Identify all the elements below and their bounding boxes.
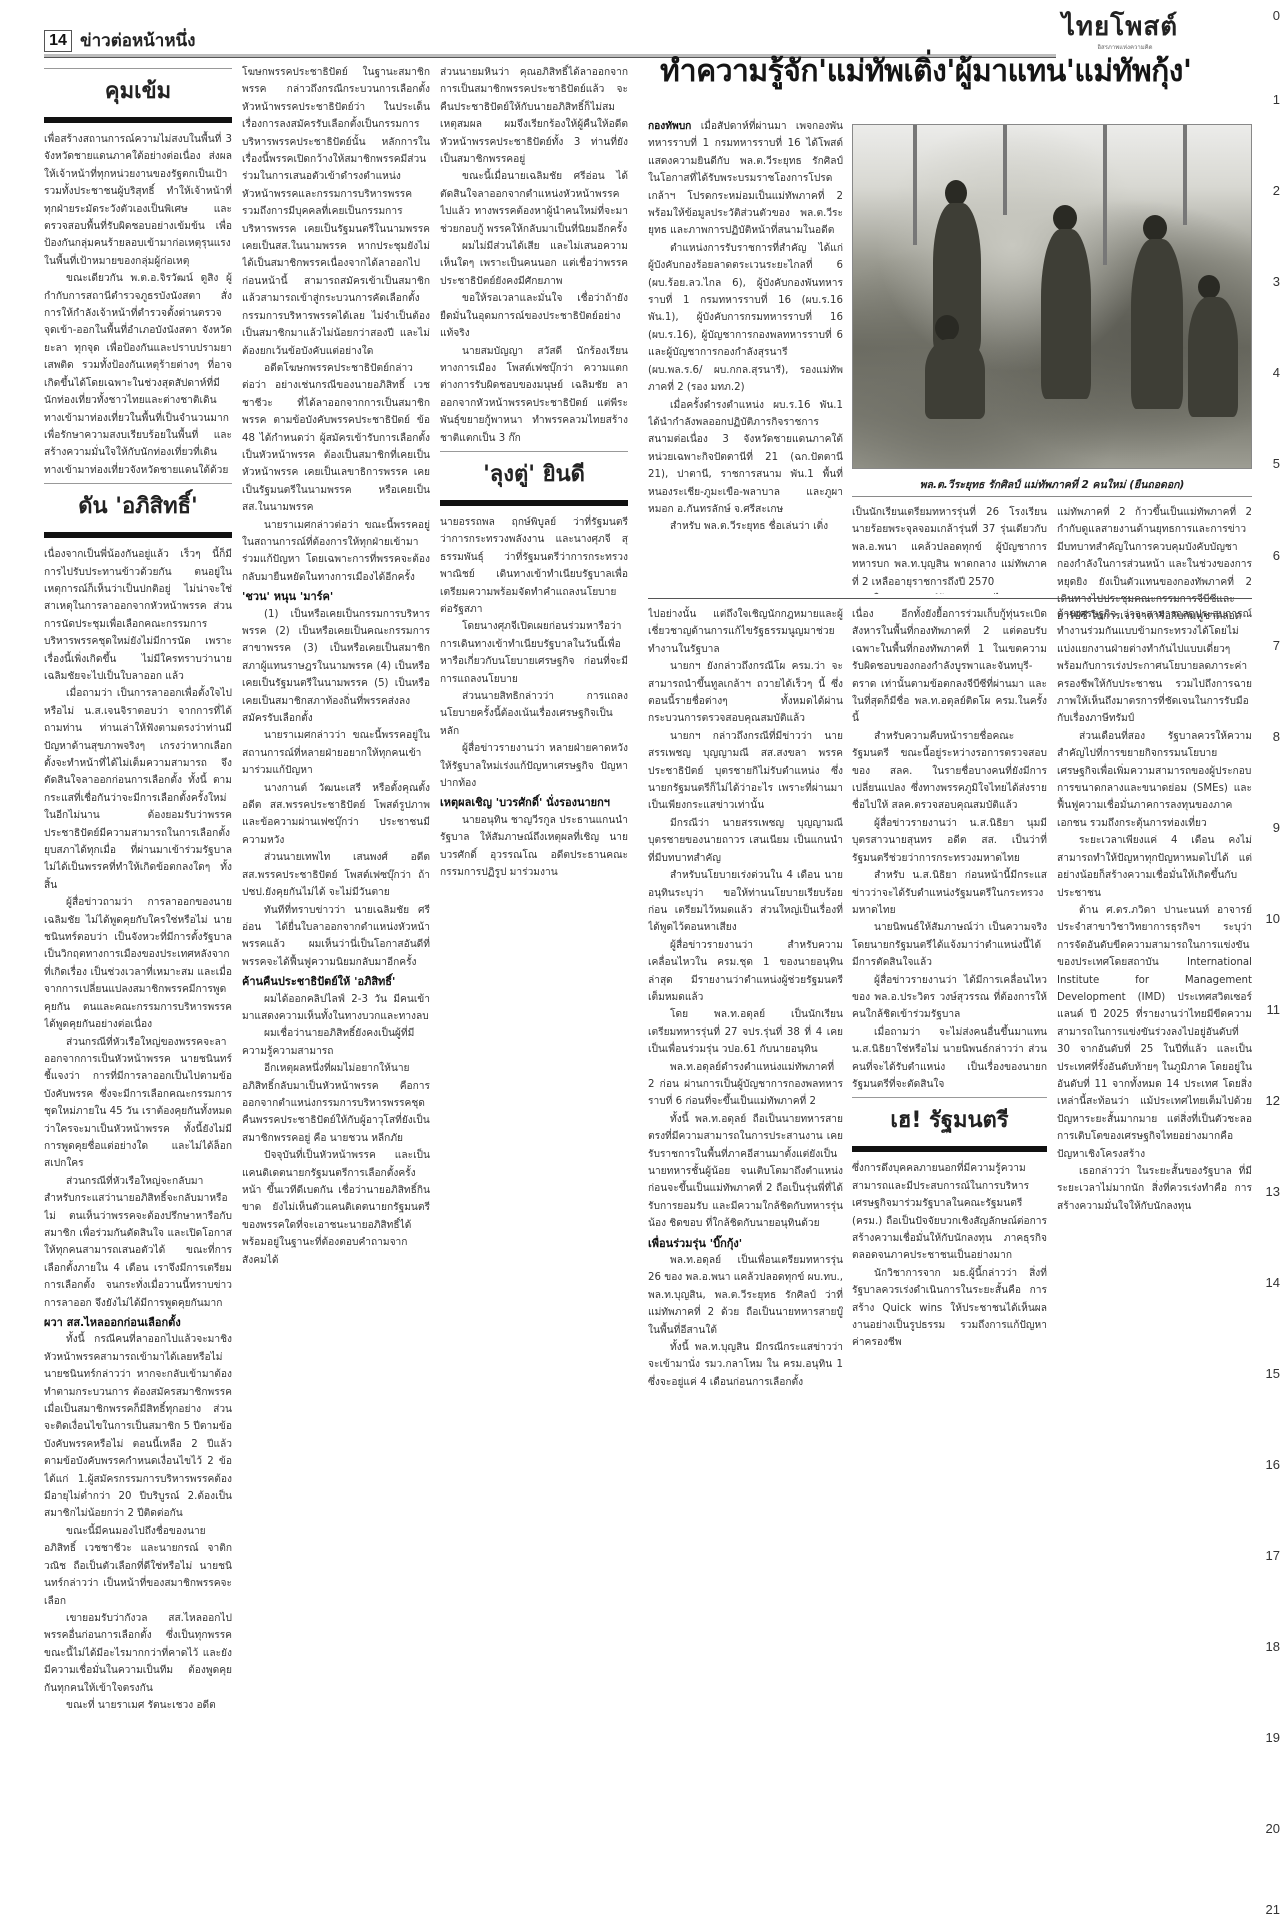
paragraph: (1) เป็นหรือเคยเป็นกรรมการบริหารพรรค (2)… (242, 606, 430, 728)
sub-heading: ค้านคืนประชาธิปัตย์ให้ 'อภิสิทธิ์' (242, 973, 430, 990)
paragraph: ในสถานการณ์สู้รบชายแดนไทย-กัมพูชาที่ผ่าน… (852, 591, 1047, 594)
paragraph: นายอนุทิน ชาญวีรกูล ประธานแกนนำรัฐบาล ให… (440, 812, 628, 882)
paragraph: อีกเหตุผลหนึ่งที่ผมไม่อยากให้นายอภิสิทธิ… (242, 1060, 430, 1147)
tree-trunk (1103, 125, 1107, 265)
soldiers-photo (852, 124, 1252, 469)
section-label: ข่าวต่อหน้าหนึ่ง (80, 30, 195, 52)
paragraph: เธอกล่าวว่า ในระยะสั้นของรัฐบาล ที่มีระย… (1057, 1163, 1252, 1215)
byline: กองทัพบก (648, 121, 691, 132)
paragraph: นายอรรถพล ฤกษ์พิบูลย์ ว่าที่รัฐมนตรีว่าก… (440, 514, 628, 618)
line-number: 14 (1266, 1275, 1280, 1290)
line-number: 3 (1273, 274, 1280, 289)
paragraph: เพื่อสร้างสถานการณ์ความไม่สงบในพื้นที่ 3… (44, 131, 232, 270)
paragraph: พล.ท.อดุลย์ดำรงตำแหน่งแม่ทัพภาคที่ 2 ก่อ… (648, 1059, 843, 1111)
soldier-figure (925, 339, 985, 419)
line-number: 15 (1266, 1366, 1280, 1381)
column-1: คุมเข้ม เพื่อสร้างสถานการณ์ความไม่สงบในพ… (44, 64, 232, 1914)
line-number: 7 (1273, 638, 1280, 653)
tree-trunk (1003, 125, 1007, 215)
section-title-dan-abhisit: ดัน 'อภิสิทธิ์' (44, 483, 232, 538)
paragraph: นายสมบัญญา สวัสดี นักร้องเรียนทางการเมือ… (440, 343, 628, 447)
paragraph: เขายอมรับว่ากังวล สส.ไหลออกไปพรรคอื่นก่อ… (44, 1610, 232, 1697)
sub-heading: ผวา สส.ไหลออกก่อนเลือกตั้ง (44, 1314, 232, 1331)
paragraph: เมื่อครั้งดำรงตำแหน่ง ผบ.ร.16 พัน.1 ได้น… (648, 397, 843, 519)
paragraph: เมื่อถามว่า เป็นการลาออกเพื่อตั้งใจไปหรื… (44, 685, 232, 894)
line-number: 9 (1273, 820, 1280, 835)
paragraph: ผู้สื่อข่าวถามว่า การลาออกของนายเฉลิมชัย… (44, 894, 232, 1033)
line-numbers: 0 1 2 3 4 5 6 7 8 9 10 11 12 13 14 15 16… (1262, 0, 1286, 1920)
soldier-figure (1188, 297, 1238, 417)
main-story-bio: เป็นนักเรียนเตรียมทหารรุ่นที่ 26 โรงเรีย… (852, 504, 1047, 594)
paragraph: ขอให้รอเวลาและมั่นใจ เชื่อว่าถ้ายังยืดมั… (440, 290, 628, 342)
paragraph: ตำแหน่งการรับราชการที่สำคัญ ได้แก่ ผู้บั… (648, 240, 843, 397)
paragraph: ด้านเศรษฐกิจ ว่าจะสามารถลดประสบการณ์ทำงา… (1057, 606, 1252, 728)
paragraph: ขณะนี้เมื่อนายเฉลิมชัย ศรีอ่อน ได้ตัดสิน… (440, 168, 628, 238)
line-number: 1 (1273, 92, 1280, 107)
paragraph: เมื่อถามว่า จะไม่ส่งคนอื่นขึ้นมาแทน น.ส.… (852, 1024, 1047, 1094)
paragraph: ผู้สื่อข่าวรายงานว่า ได้มีการเคลื่อนไหวข… (852, 972, 1047, 1024)
paragraph: ผมไม่มีส่วนได้เสีย และไม่เสนอความเห็นใดๆ… (440, 238, 628, 290)
paragraph: สำหรับ น.ส.นิธิยา ก่อนหน้านี้มีกระแสข่าว… (852, 867, 1047, 919)
column-3: ส่วนนายมหินว่า คุณอภิสิทธิ์ได้ลาออกจากกา… (440, 64, 628, 1914)
paragraph: ส่วนกรณีที่หัวเรือใหญ่จะกลับมา สำหรับกระ… (44, 1173, 232, 1312)
paragraph: นักวิชาการจาก มธ.ผู้นี้กล่าวว่า สิ่งที่ร… (852, 1265, 1047, 1352)
soldier-figure (1131, 239, 1183, 409)
line-number: 4 (1273, 365, 1280, 380)
sub-heading: 'ชวน' หนุน 'มาร์ค' (242, 588, 430, 605)
paragraph: ด้าน ศ.ดร.ภวิดา ปานะนนท์ อาจารย์ประจำสาข… (1057, 902, 1252, 1163)
line-number: 17 (1266, 1548, 1280, 1563)
soldier-head (935, 315, 959, 341)
line-number: 0 (1273, 8, 1280, 23)
paragraph: ผู้สื่อข่าวรายงานว่า สำหรับความเคลื่อนไห… (648, 937, 843, 1007)
masthead-logo: ไทยโพสต์ (1015, 12, 1225, 46)
newspaper-page: 14 ข่าวต่อหน้าหนึ่ง ไทยโพสต์ อิสรภาพแห่ง… (0, 0, 1286, 1920)
line-number: 13 (1266, 1184, 1280, 1199)
paragraph: ผมได้ออกคลิปไลฟ์ 2-3 วัน มีคนเข้ามาแสดงค… (242, 991, 430, 1026)
column-6: ด้านเศรษฐกิจ ว่าจะสามารถลดประสบการณ์ทำงา… (1057, 606, 1252, 1914)
paragraph: ผมเชื่อว่านายอภิสิทธิ์ยังคงเป็นผู้ที่มีค… (242, 1025, 430, 1060)
paragraph: โฆษกพรรคประชาธิปัตย์ ในฐานะสมาชิกพรรค กล… (242, 64, 430, 360)
line-number: 16 (1266, 1457, 1280, 1472)
paragraph: ระยะเวลาเพียงแค่ 4 เดือน คงไม่สามารถทำให… (1057, 832, 1252, 902)
soldier-head (1198, 275, 1220, 299)
paragraph: ทั้งนี้ พล.ท.บุญสิน มีกรณีกระแสข่าวว่าจะ… (648, 1339, 843, 1391)
line-number: 20 (1266, 1821, 1280, 1836)
line-number: 2 (1273, 183, 1280, 198)
story-divider (648, 598, 1252, 599)
soldier-figure (1041, 229, 1091, 399)
line-number: 11 (1267, 1002, 1281, 1017)
paragraph: ส่วนนายสิทธิกล่าวว่า การแถลงนโยบายครั้งน… (440, 688, 628, 740)
paragraph: เป็นนักเรียนเตรียมทหารรุ่นที่ 26 โรงเรีย… (852, 504, 1047, 591)
paragraph: มีกรณีว่า นายสรรเพชญ บุญญามณี บุตรชายของ… (648, 815, 843, 867)
line-number: 19 (1266, 1730, 1280, 1745)
line-number: 8 (1273, 729, 1280, 744)
sub-heading: เหตุผลเชิญ 'บวรศักดิ์' นั่งรองนายกฯ (440, 794, 628, 811)
paragraph: ส่วนกรณีที่หัวเรือใหญ่ของพรรคจะลาออกจากก… (44, 1034, 232, 1173)
column-4: ไปอย่างนั้น แต่ถึงใจเชิญนักกฎหมายและผู้เ… (648, 606, 843, 1914)
section-title-khum-khem: คุมเข้ม (44, 68, 232, 123)
section-title-lung-tu: 'ลุงตู่' ยินดี (440, 451, 628, 506)
paragraph: สำหรับความคืบหน้ารายชื่อคณะรัฐมนตรี ขณะน… (852, 728, 1047, 815)
line-number: 6 (1273, 548, 1280, 563)
line-number: 5 (1273, 456, 1280, 471)
paragraph: ผู้สื่อข่าวรายงานว่า น.ส.นิธิยา นุมมี บุ… (852, 815, 1047, 867)
paragraph: นายกฯ กล่าวถึงกรณีที่มีข่าวว่า นายสรรเพช… (648, 728, 843, 815)
line-number: 12 (1266, 1093, 1280, 1108)
paragraph: เนื่องจากเป็นพี่น้องกันอยู่แล้ว เร็วๆ นี… (44, 546, 232, 685)
column-2: โฆษกพรรคประชาธิปัตย์ ในฐานะสมาชิกพรรค กล… (242, 64, 430, 1914)
paragraph: โดยนางศุภจีเปิดเผยก่อนร่วมหารือว่า การเด… (440, 618, 628, 688)
paragraph: นายนิพนธ์ให้สัมภาษณ์ว่า เป็นความจริง โดย… (852, 919, 1047, 971)
line-number: 21 (1266, 1902, 1280, 1917)
paragraph: กองทัพบก เมื่อสัปดาห์ที่ผ่านมา เพจกองพัน… (648, 118, 843, 240)
paragraph: ขณะที่ นายราเมศ รัตนะเชวง อดีต (44, 1697, 232, 1714)
section-title-hey-minister: เฮ! รัฐมนตรี (852, 1097, 1047, 1152)
photo-caption: พล.ต.วีระยุทธ รักศิลป์ แม่ทัพภาคที่ 2 คน… (852, 476, 1252, 493)
paragraph: ทั้งนี้ พล.ท.อดุลย์ ถือเป็นนายทหารสายตรง… (648, 1111, 843, 1233)
paragraph: ขณะเดียวกัน พ.ต.อ.จิรวัฒน์ ดูสิง ผู้กำกั… (44, 270, 232, 479)
paragraph: ขณะนี้มีคนมองไปถึงชื่อของนายอภิสิทธิ์ เว… (44, 1523, 232, 1610)
paragraph: อดีตโฆษกพรรคประชาธิปัตย์กล่าวต่อว่า อย่า… (242, 360, 430, 517)
paragraph: ปัจจุบันที่เป็นหัวหน้าพรรค และเป็นแคนดิเ… (242, 1147, 430, 1269)
paragraph: สำหรับนโยบายเร่งด่วนใน 4 เดือน นายอนุทิน… (648, 867, 843, 937)
tree-trunk (1183, 125, 1187, 225)
column-5: เนื่อง อีกทั้งยังยื้อการร่วมเก็บกู้ทุ่นร… (852, 606, 1047, 1914)
soldier-head (1143, 215, 1167, 241)
paragraph: ส่วนเดือนที่สอง รัฐบาลควรให้ความสำคัญไปท… (1057, 728, 1252, 832)
paragraph: นายราเมศกล่าวว่า ขณะนี้พรรคอยู่ในสถานการ… (242, 727, 430, 779)
paragraph: ไปอย่างนั้น แต่ถึงใจเชิญนักกฎหมายและผู้เ… (648, 606, 843, 658)
paragraph: สำหรับ พล.ต.วีระยุทธ ชื่อเล่นว่า เติ่ง (648, 518, 843, 535)
paragraph: ทันทีที่ทราบข่าวว่า นายเฉลิมชัย ศรีอ่อน … (242, 902, 430, 972)
soldier-head (1053, 205, 1077, 231)
line-number: 10 (1266, 911, 1280, 926)
paragraph: ทั้งนี้ กรณีคนที่ลาออกไปแล้วจะมาชิงหัวหน… (44, 1331, 232, 1522)
line-number: 18 (1266, 1639, 1280, 1654)
paragraph: ผู้สื่อข่าวรายงานว่า หลายฝ่ายคาดหวังให้ร… (440, 740, 628, 792)
paragraph: ซึ่งการดึงบุคคลภายนอกที่มีความรู้ความสาม… (852, 1160, 1047, 1264)
caption-rule (852, 496, 1252, 497)
page-number: 14 (44, 30, 72, 52)
paragraph: ส่วนนายมหินว่า คุณอภิสิทธิ์ได้ลาออกจากกา… (440, 64, 628, 168)
paragraph: พล.ท.อดุลย์ เป็นเพื่อนเตรียมทหารรุ่น 26 … (648, 1252, 843, 1339)
main-headline: ทำความรู้จัก'แม่ทัพเติ่ง'ผู้มาแทน'แม่ทัพ… (660, 50, 1235, 94)
paragraph: นางกานต์ วัฒนะเสรี หรือตั้งคุณตั้ง อดีต … (242, 780, 430, 850)
paragraph: โดย พล.ท.อดุลย์ เป็นนักเรียนเตรียมทหารรุ… (648, 1006, 843, 1058)
paragraph: เนื่อง อีกทั้งยังยื้อการร่วมเก็บกู้ทุ่นร… (852, 606, 1047, 728)
paragraph: ส่วนนายเทพไท เสนพงศ์ อดีต สส.พรรคประชาธิ… (242, 849, 430, 901)
tree-trunk (913, 125, 917, 245)
sub-heading: เพื่อนร่วมรุ่น 'บิ๊กกุ้ง' (648, 1235, 843, 1252)
paragraph: นายราเมศกล่าวต่อว่า ขณะนี้พรรคอยู่ในสถาน… (242, 517, 430, 587)
paragraph: นายกฯ ยังกล่าวถึงกรณีโผ ครม.ว่า จะสามารถ… (648, 658, 843, 728)
